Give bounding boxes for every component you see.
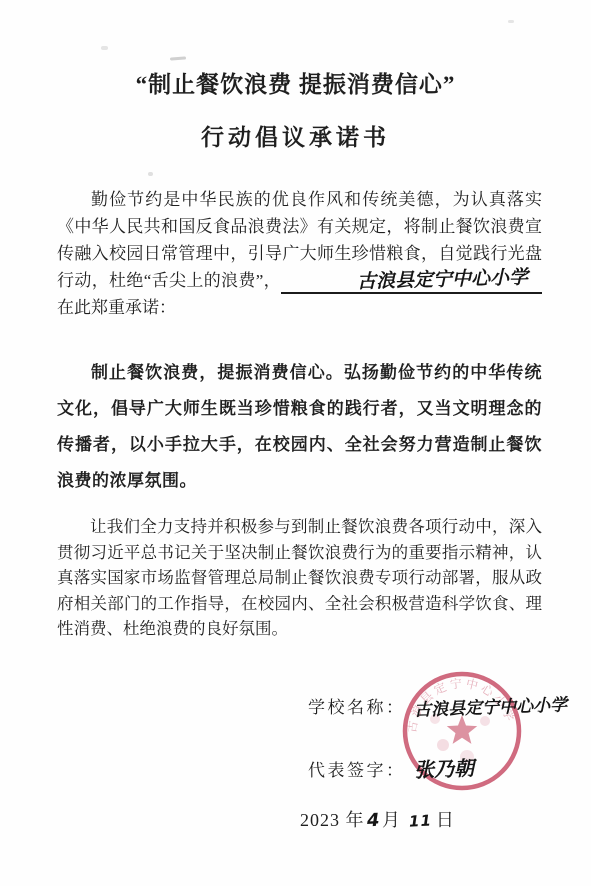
school-name-label: 学校名称： [308, 698, 406, 717]
scan-noise-mark [170, 56, 186, 60]
document-body: 勤俭节约是中华民族的优良作风和传统美德，为认真落实《中华人民共和国反食品浪费法》… [57, 186, 542, 642]
document-title-line1: “制止餐饮浪费 提振消费信心” [0, 70, 591, 100]
handwritten-school-name-inline: 古浪县定宁中心小学 [323, 267, 528, 292]
closing-paragraph: 让我们全力支持并积极参与到制止餐饮浪费各项行动中，深入贯彻习近平总书记关于坚决制… [57, 514, 542, 642]
date-month-suffix: 月 [382, 810, 401, 830]
scanned-document-page: “制止餐饮浪费 提振消费信心” 行动倡议承诺书 勤俭节约是中华民族的优良作风和传… [0, 0, 591, 886]
school-name-row: 学校名称：古浪县定宁中心小学 [308, 693, 567, 718]
handwritten-day: 11 [409, 811, 433, 830]
scan-noise-mark [148, 172, 153, 176]
representative-signature-row: 代表签字：张乃朝 [308, 753, 474, 782]
representative-signature-label: 代表签字： [308, 761, 406, 780]
commitment-paragraph-bold: 制止餐饮浪费，提振消费信心。弘扬勤俭节约的中华传统文化，倡导广大师生既当珍惜粮食… [57, 355, 542, 499]
date-year: 2023 年 [300, 810, 365, 830]
school-name-blank-underline: 古浪县定宁中心小学 [281, 270, 542, 294]
date-day-suffix: 日 [436, 810, 455, 830]
document-title-line2: 行动倡议承诺书 [0, 123, 591, 153]
handwritten-month: 4 [366, 810, 381, 832]
date-line: 2023 年4月11日 [300, 806, 455, 832]
handwritten-signature: 张乃朝 [413, 752, 474, 783]
opening-paragraph-tail: 在此郑重承诺： [57, 298, 176, 317]
opening-paragraph: 勤俭节约是中华民族的优良作风和传统美德，为认真落实《中华人民共和国反食品浪费法》… [57, 186, 542, 321]
scan-noise-mark [508, 20, 514, 23]
scan-noise-mark [101, 46, 108, 50]
handwritten-school-name: 古浪县定宁中心小学 [413, 690, 567, 720]
